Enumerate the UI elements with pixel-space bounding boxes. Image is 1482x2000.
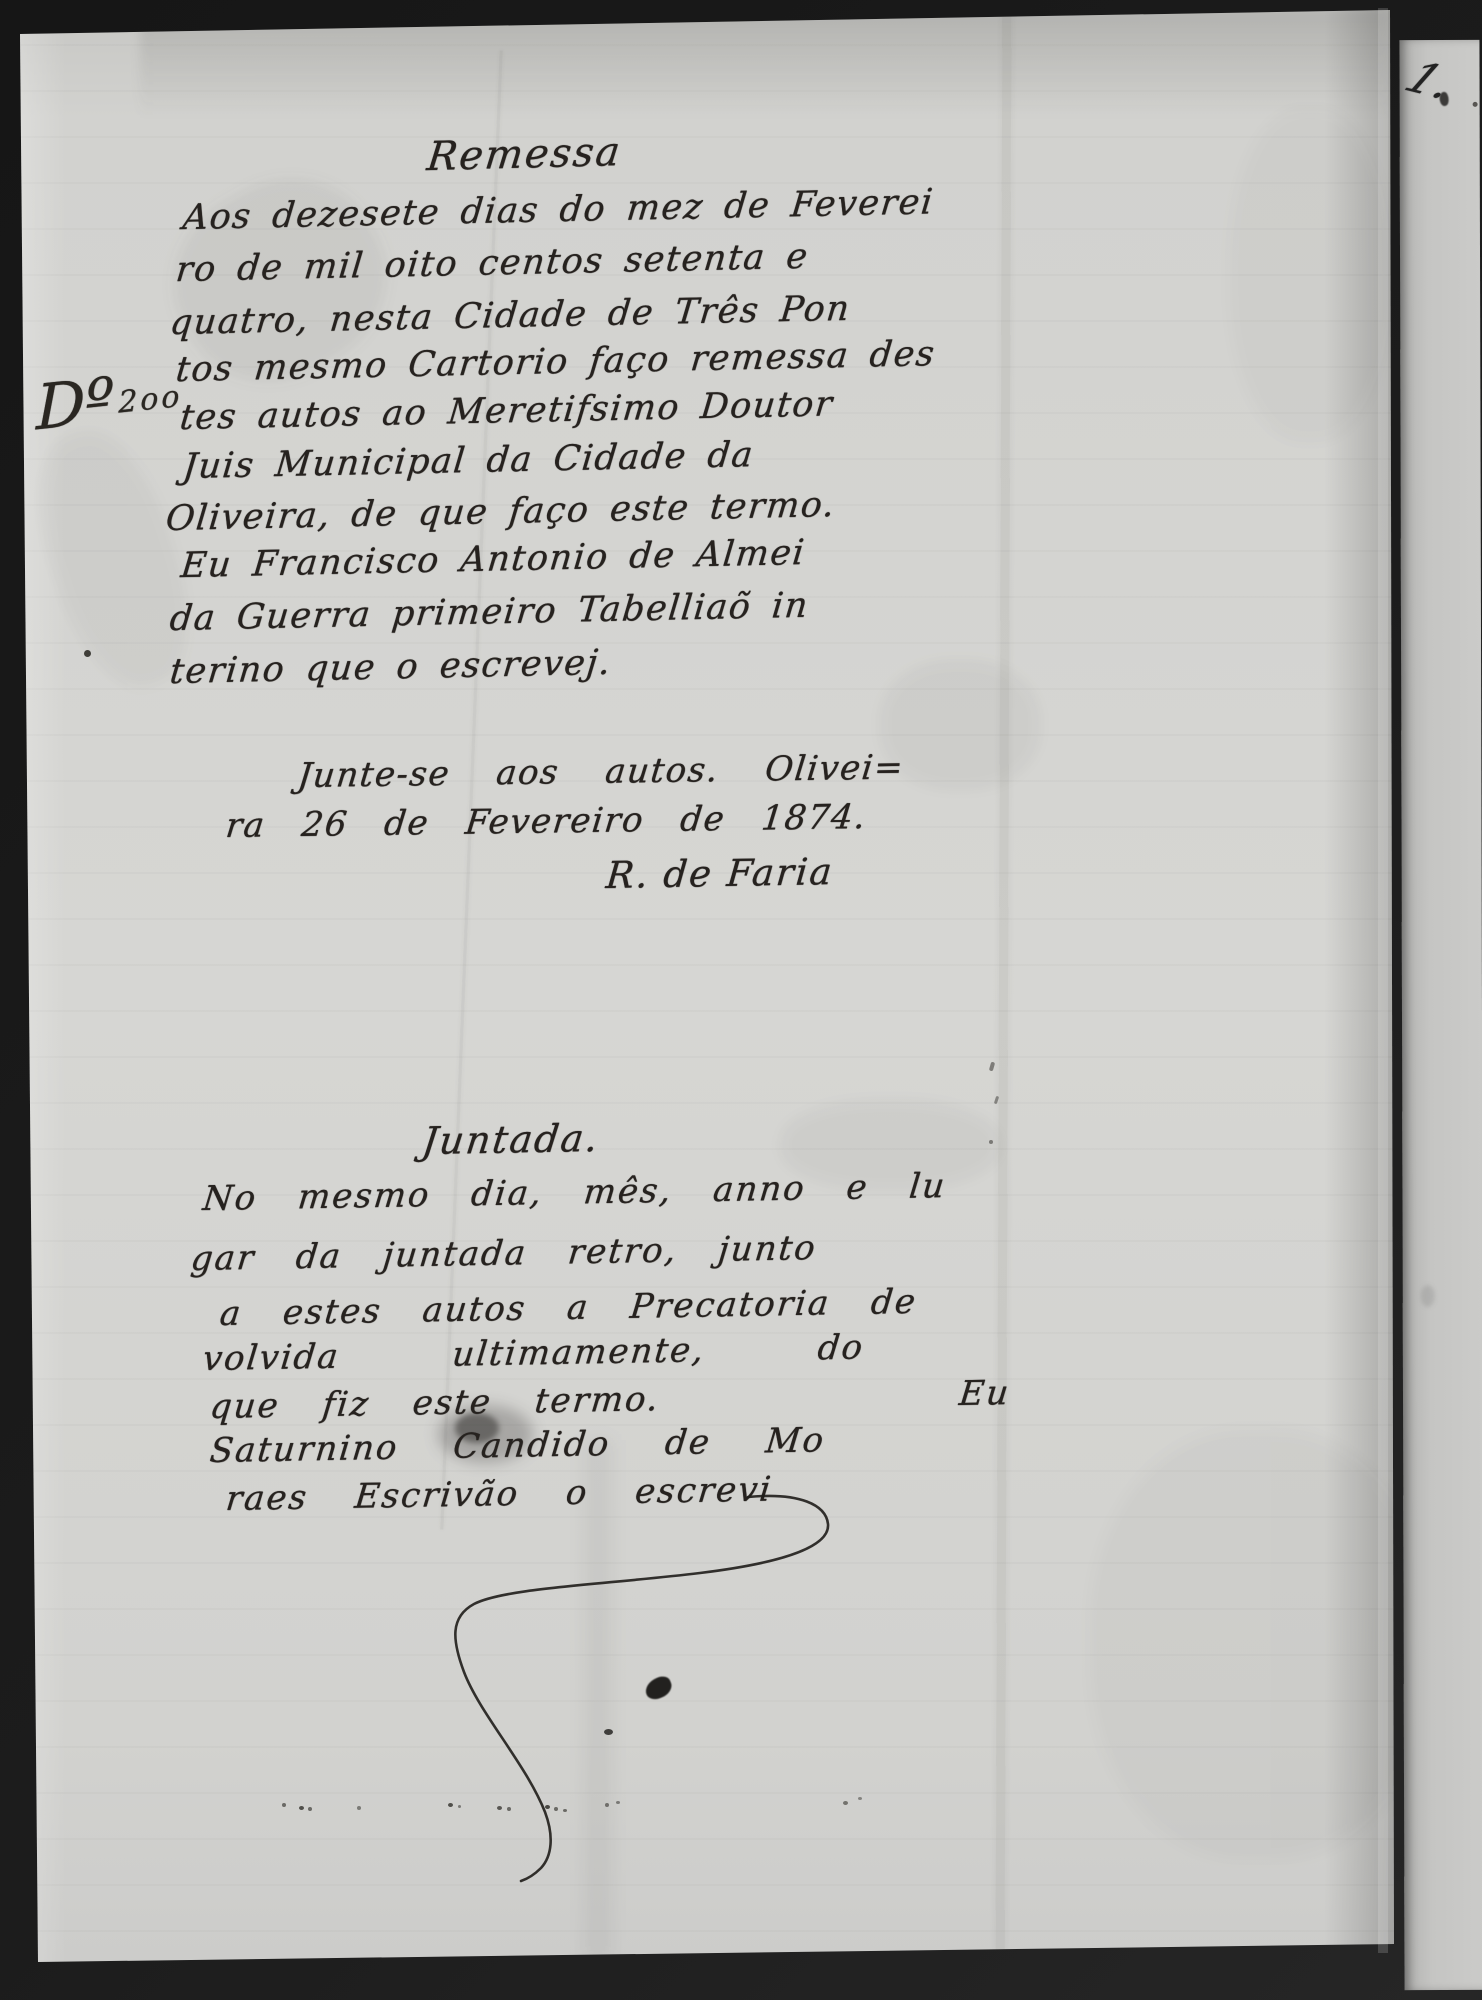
adjacent-page-edge: 1. (1399, 40, 1482, 1990)
left-edge-highlight (20, 0, 66, 1966)
ink-speck (554, 1807, 558, 1811)
ink-speck (308, 1807, 312, 1811)
ink-speck (458, 1805, 461, 1808)
ink-speck (843, 1801, 848, 1805)
ink-speck (282, 1803, 286, 1807)
margin-cost-value: 2oo (118, 379, 182, 421)
faint-mark (1421, 1285, 1435, 1307)
ink-speck (448, 1803, 453, 1807)
ink-speck (858, 1797, 862, 1800)
bleedthrough-ghost (880, 660, 1040, 790)
ink-speck (616, 1801, 620, 1804)
page-edge-highlight (1378, 8, 1388, 1953)
manuscript-page: Dº2oo Remessa Aos dezesete dias do mez d… (0, 0, 1394, 1966)
ink-speck (545, 1805, 550, 1809)
signature-r-de-faria: R. de Faria (604, 851, 835, 898)
ink-speck (563, 1809, 567, 1812)
ink-blot-small (604, 1729, 613, 1735)
bleedthrough-ghost (1230, 110, 1390, 440)
lower-crease-shadow (585, 1440, 611, 1960)
ink-speck (299, 1806, 304, 1810)
page-number-mark: 1. (1395, 54, 1464, 109)
scanned-manuscript-photo: { "photo": { "background_color": "#1b1b1… (0, 0, 1482, 2000)
section-title-juntada: Juntada. (420, 1117, 603, 1164)
ink-blot-small (1438, 91, 1450, 107)
ink-speck (357, 1806, 361, 1810)
ink-speck (1473, 102, 1478, 107)
ink-speck (507, 1807, 511, 1811)
top-edge-stain (140, 8, 1390, 118)
margin-cost-note: Dº2oo (36, 357, 178, 444)
margin-ink-dot (84, 650, 91, 657)
ink-speck (605, 1803, 609, 1807)
ink-tick (989, 1140, 993, 1144)
margin-cost-prefix: Dº (36, 363, 114, 445)
section-title-remessa: Remessa (425, 129, 624, 180)
ink-speck (497, 1806, 502, 1810)
